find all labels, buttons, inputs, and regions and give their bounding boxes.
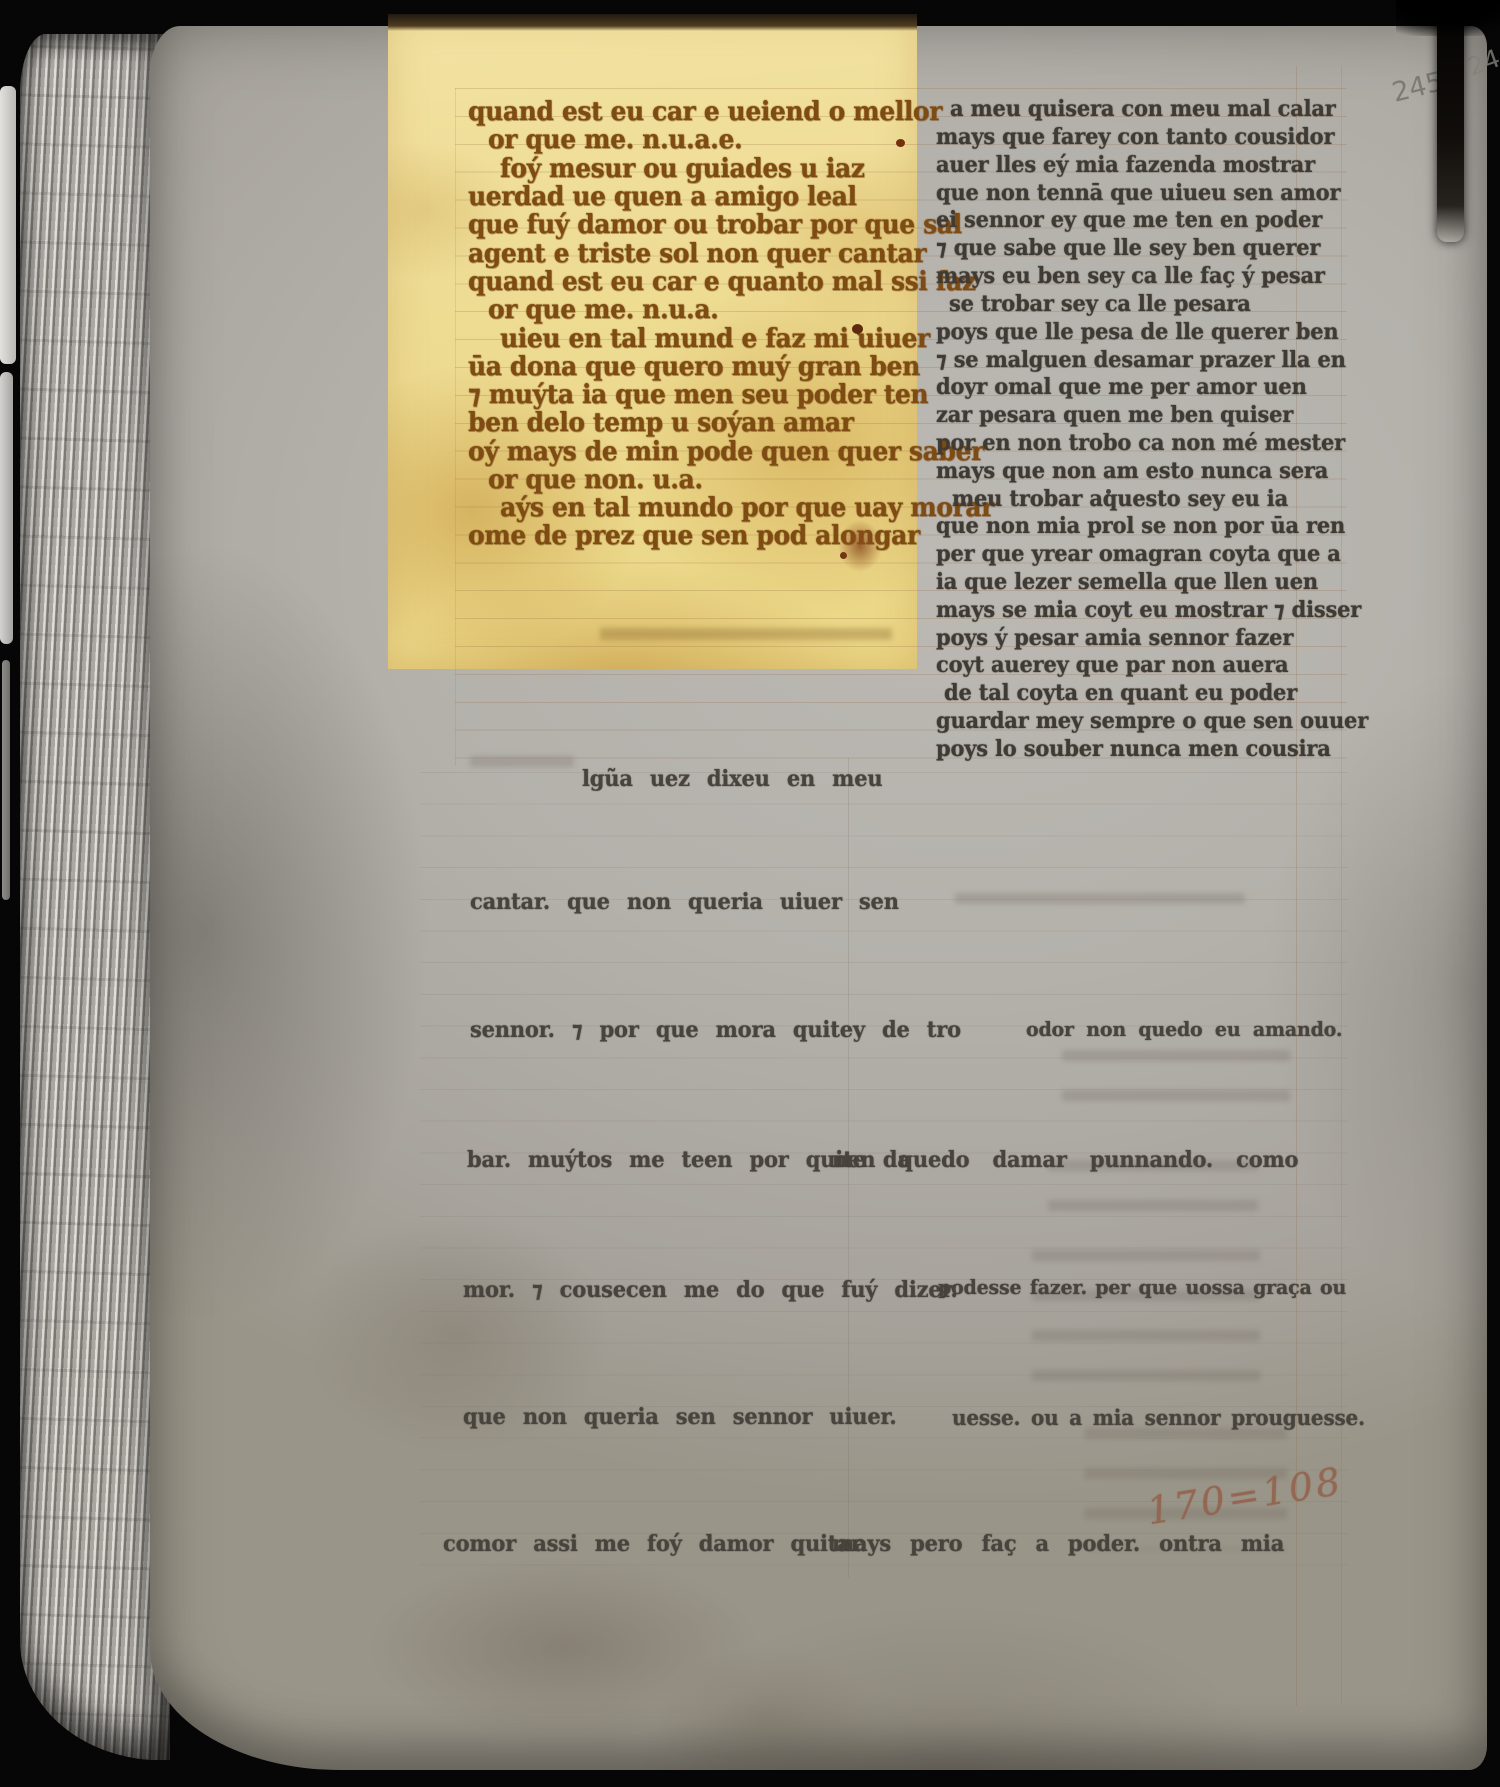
text-line: poys ý pesar amia sennor fazer (936, 624, 1293, 650)
text-line: oý mays de min pode quen quer saber (468, 436, 984, 466)
text-line: mays que non am esto nunca sera (936, 457, 1328, 483)
text-line: ben delo temp u soýan amar (468, 407, 853, 437)
text-line: podesse fazer. per que uossa graça ou (938, 1276, 1346, 1299)
text-line: nen quedo damar punnando. como (832, 1146, 1298, 1172)
text-line: mor. ⁊ cousecen me do que fuý dizer. (463, 1276, 958, 1302)
text-line: aýs en tal mundo por que uay morar (500, 492, 994, 522)
text-line: mays que farey con tanto cousidor (936, 123, 1334, 149)
text-line: que fuý damor ou trobar por que sal (468, 209, 962, 239)
bookmark-strap-top (1396, 0, 1500, 36)
text-line: ⁊ muýta ia que men seu poder ten (468, 379, 928, 409)
text-line: de tal coyta en quant eu poder (944, 679, 1297, 705)
text-line: coyt auerey que par non auera (936, 651, 1288, 677)
text-line: ūa dona que quero muý gran ben (468, 351, 920, 381)
text-line: uesse. ou a mia sennor prouguesse. (952, 1405, 1365, 1430)
text-line: por en non trobo ca non mé mester (936, 429, 1345, 455)
text-line: meu trobar aquesto sey eu ia (952, 485, 1288, 511)
page-edge-sliver (2, 660, 10, 900)
text-line: uerdad ue quen a amigo leal (468, 181, 857, 211)
bookmark-strap (1437, 0, 1464, 242)
text-line: ia que lezer semella que llen uen (936, 568, 1318, 594)
vertical-ruling (1296, 66, 1297, 1706)
page-edge-sliver (0, 86, 16, 364)
text-line: uieu en tal mund e faz mi uiuer (500, 323, 930, 353)
page-top-edge-shadow (388, 14, 917, 31)
text-line: que non mia prol se non por ūa ren (936, 512, 1345, 538)
text-line: odor non quedo eu amando. (1026, 1018, 1342, 1041)
text-line: se trobar sey ca lle pesara (949, 290, 1251, 316)
text-line: mays eu ben sey ca lle faç ý pesar (936, 262, 1325, 288)
text-line: doyr omal que me per amor uen (936, 373, 1307, 399)
ink-stain (838, 520, 882, 572)
text-line: mays pero faç a poder. ontra mia (832, 1530, 1284, 1556)
text-line: cantar. que non queria uiuer sen (470, 888, 899, 914)
manuscript-photograph: quand est eu car e ueiend o mellor or qu… (0, 0, 1500, 1787)
ink-spot (1106, 489, 1111, 494)
text-line: zar pesara quen me ben quiser (936, 401, 1293, 427)
text-line: foý mesur ou guiades u iaz (500, 153, 865, 183)
text-line: or que me. n.u.a.e. (488, 124, 742, 154)
text-line: quand est eu car e ueiend o mellor (468, 96, 942, 126)
text-line: per que yrear omagran coyta que a (936, 540, 1341, 566)
text-line: guardar mey sempre o que sen ouuer (936, 707, 1368, 733)
text-line: or que non. u.a. (488, 464, 703, 494)
text-line: mays se mia coyt eu mostrar ⁊ disser (936, 596, 1361, 622)
text-line: ei sennor ey que me ten en poder (936, 206, 1322, 232)
text-line: lgũa uez dixeu en meu (582, 765, 882, 791)
text-line: poys que lle pesa de lle querer ben (936, 318, 1338, 344)
book-leaf-stack (20, 34, 170, 1760)
text-line: que non tennā que uiueu sen amor (936, 179, 1340, 205)
text-line: poys lo souber nunca men cousira (936, 735, 1331, 761)
text-line: ⁊ se malguen desamar prazer lla en (936, 346, 1346, 372)
ink-spot (852, 324, 863, 334)
page-edge-sliver (0, 372, 13, 644)
text-line: sennor. ⁊ por que mora quitey de tro (470, 1016, 961, 1042)
text-line: ⁊ que sabe que lle sey ben querer (936, 234, 1320, 260)
text-line: que non queria sen sennor uiuer. (463, 1403, 897, 1429)
text-line: a meu quisera con meu mal calar (950, 95, 1336, 121)
vertical-ruling (455, 88, 456, 766)
ink-spot (896, 139, 905, 147)
text-line: auer lles eý mia fazenda mostrar (936, 151, 1315, 177)
text-line: comor assi me foý damor quitar. (443, 1530, 867, 1556)
text-line: or que me. n.u.a. (488, 294, 718, 324)
text-line: quand est eu car e quanto mal ssi faz (468, 266, 976, 296)
vertical-ruling (1341, 66, 1342, 1706)
text-line: agent e triste sol non quer cantar (468, 238, 926, 268)
